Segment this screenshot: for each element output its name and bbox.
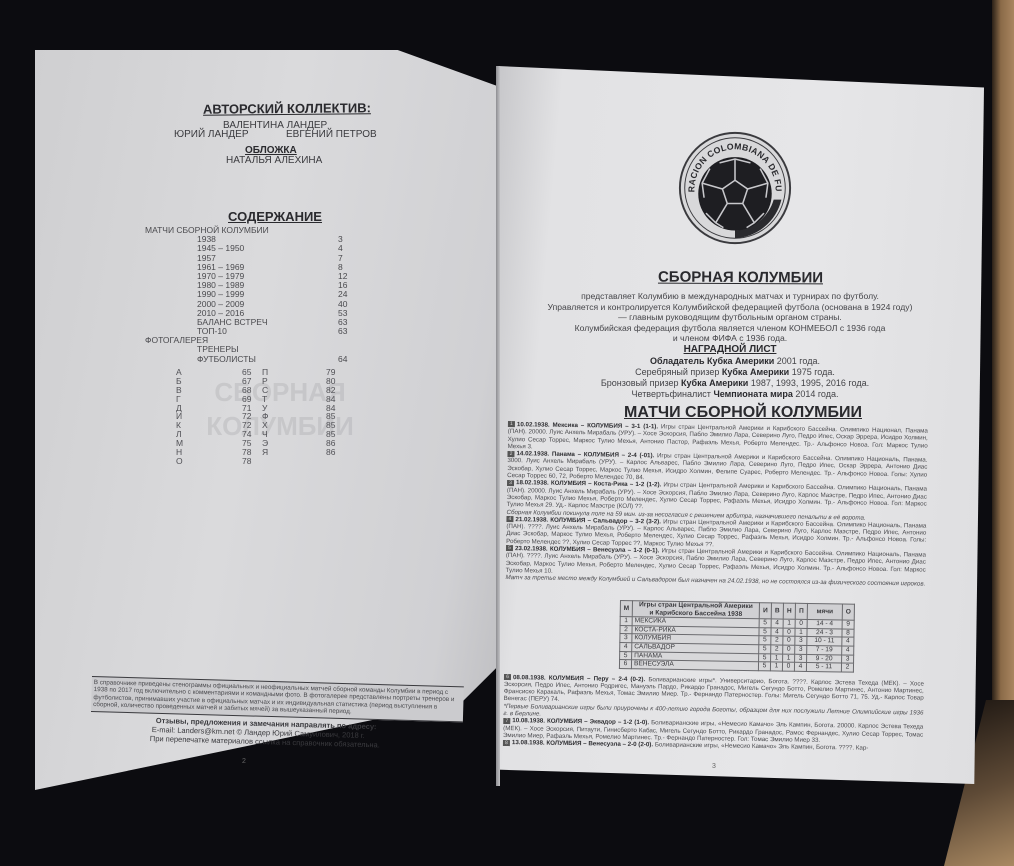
played: 5 xyxy=(759,653,771,662)
author-name: ЮРИЙ ЛАНДЕР xyxy=(174,129,249,140)
col-goals: мячи xyxy=(807,603,842,620)
place: 2 xyxy=(620,625,632,634)
cover-author: НАТАЛЬЯ АЛЕХИНА xyxy=(226,155,322,166)
match-entries: 110.02.1938. Мексика – КОЛУМБИЯ – 3-1 (1… xyxy=(503,421,928,753)
col-place: М xyxy=(620,601,632,617)
won: 2 xyxy=(771,645,783,654)
toc-heading: СОДЕРЖАНИЕ xyxy=(228,209,322,224)
won: 4 xyxy=(771,628,783,637)
award-item: Серебряный призер Кубка Америки 1975 год… xyxy=(530,367,940,378)
lost: 3 xyxy=(795,637,807,646)
lost: 3 xyxy=(795,645,807,654)
award-item: Бронзовый призер Кубка Америки 1987, 199… xyxy=(530,378,940,389)
match-number: 2 xyxy=(507,451,514,457)
match-number: 1 xyxy=(508,421,515,427)
lost: 3 xyxy=(795,654,807,663)
won: 1 xyxy=(770,662,782,671)
index-row: А65П79 xyxy=(176,367,356,376)
col-lost: П xyxy=(795,603,807,619)
awards-heading: НАГРАДНОЙ ЛИСТ xyxy=(530,344,930,355)
index-row: Н78Я86 xyxy=(176,447,356,456)
intro-line: Колумбийская федерация футбола является … xyxy=(530,323,930,334)
lost: 4 xyxy=(794,662,806,671)
award-competition: Обладатель Кубка Америки xyxy=(650,356,774,366)
award-competition: Чемпионата мира xyxy=(713,389,792,399)
won: 4 xyxy=(771,619,783,628)
players-letter-index: А65П79Б67Р80В68С82Г69Т84Д71У84И72Ф85К72Х… xyxy=(176,367,356,465)
toc-item: 1945 – 19504 xyxy=(145,243,355,252)
awards-list: Обладатель Кубка Америки 2001 года.Сереб… xyxy=(530,356,940,400)
toc-item: МАТЧИ СБОРНОЙ КОЛУМБИИ xyxy=(145,225,355,234)
toc-item: ТРЕНЕРЫ xyxy=(145,344,355,353)
team-name: ВЕНЕСУЭЛА xyxy=(631,660,758,671)
drawn: 0 xyxy=(783,636,795,645)
points: 4 xyxy=(842,646,854,655)
index-page: 78 xyxy=(242,456,251,466)
index-row: И72Ф85 xyxy=(176,411,356,420)
played: 5 xyxy=(759,627,771,636)
col-won: В xyxy=(771,603,783,619)
toc-item: БАЛАНС ВСТРЕЧ63 xyxy=(145,317,355,326)
award-item: Обладатель Кубка Америки 2001 года. xyxy=(530,356,940,367)
index-letter: О xyxy=(176,456,183,466)
drawn: 1 xyxy=(783,654,795,663)
toc-item: 1990 – 199924 xyxy=(145,289,355,298)
place: 1 xyxy=(620,617,632,626)
index-row: В68С82 xyxy=(176,385,356,394)
played: 5 xyxy=(759,619,771,628)
index-row: Г69Т84 xyxy=(176,394,356,403)
standings-table: МИгры стран Центральной Америкии Карибск… xyxy=(619,600,855,672)
col-points: О xyxy=(842,604,854,620)
place: 5 xyxy=(620,651,632,660)
toc-item: 2000 – 200940 xyxy=(145,299,355,308)
col-drawn: Н xyxy=(783,603,795,619)
lost: 1 xyxy=(795,628,807,637)
match-number: 4 xyxy=(506,516,513,522)
place: 4 xyxy=(620,642,632,651)
points: 8 xyxy=(842,629,854,638)
place: 6 xyxy=(619,660,631,669)
index-row: К72Х85 xyxy=(176,420,356,429)
played: 5 xyxy=(759,636,771,645)
drawn: 1 xyxy=(783,619,795,628)
team-title: СБОРНАЯ КОЛУМБИИ xyxy=(658,269,823,287)
match-number: 3 xyxy=(507,480,514,486)
toc-item: ФОТОГАЛЕРЕЯ xyxy=(145,335,355,344)
toc-item: 1961 – 19698 xyxy=(145,262,355,271)
index-row: Л74Ч85 xyxy=(176,429,356,438)
intro-line: и членом ФИФА с 1936 года. xyxy=(530,333,930,344)
won: 1 xyxy=(771,653,783,662)
match-entry: 608.08.1938. КОЛУМБИЯ – Перу – 2-4 (0-2)… xyxy=(503,674,924,724)
index-row: О78 xyxy=(176,456,356,465)
intro-line: представляет Колумбию в международных ма… xyxy=(530,291,930,302)
authors-heading: АВТОРСКИЙ КОЛЛЕКТИВ: xyxy=(203,100,371,116)
team-intro: представляет Колумбию в международных ма… xyxy=(530,291,930,344)
award-item: Четвертьфиналист Чемпионата мира 2014 го… xyxy=(530,389,940,400)
won: 2 xyxy=(771,636,783,645)
drawn: 0 xyxy=(783,645,795,654)
book-spine xyxy=(496,66,500,786)
match-number: 8 xyxy=(503,740,510,746)
points: 2 xyxy=(841,663,853,672)
match-number: 6 xyxy=(504,674,511,680)
played: 5 xyxy=(758,662,770,671)
toc-item: ТОП-1063 xyxy=(145,326,355,335)
index-row: Д71У84 xyxy=(176,403,356,412)
col-played: И xyxy=(759,603,771,619)
toc-item: 2010 – 201653 xyxy=(145,308,355,317)
match-number: 5 xyxy=(506,545,513,551)
drawn: 0 xyxy=(782,662,794,671)
award-competition: Кубка Америки xyxy=(681,378,748,388)
points: 3 xyxy=(842,655,854,664)
fcf-logo-icon: FEDERACION COLOMBIANA DE FUTBOL xyxy=(677,130,793,246)
goals: 5 - 11 xyxy=(806,663,841,672)
lost: 0 xyxy=(795,619,807,628)
match-number: 7 xyxy=(503,718,510,724)
played: 5 xyxy=(759,645,771,654)
index-row: Б67Р80 xyxy=(176,376,356,385)
intro-line: Управляется и контролируется Колумбийско… xyxy=(530,302,930,313)
author-name: ЕВГЕНИЙ ПЕТРОВ xyxy=(286,129,377,140)
index-row: М75Э86 xyxy=(176,438,356,447)
toc-item: 1970 – 197912 xyxy=(145,271,355,280)
page-number: 2 xyxy=(242,758,246,765)
drawn: 0 xyxy=(783,628,795,637)
toc-item: 19383 xyxy=(145,234,355,243)
table-of-contents: МАТЧИ СБОРНОЙ КОЛУМБИИ193831945 – 195041… xyxy=(145,225,355,363)
page-number: 3 xyxy=(712,763,716,770)
standings-title: Игры стран Центральной Америкии Карибско… xyxy=(632,601,759,619)
match-entry: 523.02.1938. КОЛУМБИЯ – Венесуэла – 1-2 … xyxy=(505,545,926,588)
toc-page: 64 xyxy=(338,354,347,364)
toc-item: ФУТБОЛИСТЫ64 xyxy=(145,354,355,363)
points: 4 xyxy=(842,637,854,646)
award-competition: Кубка Америки xyxy=(722,367,789,377)
toc-item: 19577 xyxy=(145,253,355,262)
toc-label: ФУТБОЛИСТЫ xyxy=(197,354,256,364)
intro-line: — главным руководящим футбольным органом… xyxy=(530,312,930,323)
points: 9 xyxy=(842,620,854,629)
toc-item: 1980 – 198916 xyxy=(145,280,355,289)
place: 3 xyxy=(620,634,632,643)
matches-heading: МАТЧИ СБОРНОЙ КОЛУМБИИ xyxy=(624,404,862,422)
